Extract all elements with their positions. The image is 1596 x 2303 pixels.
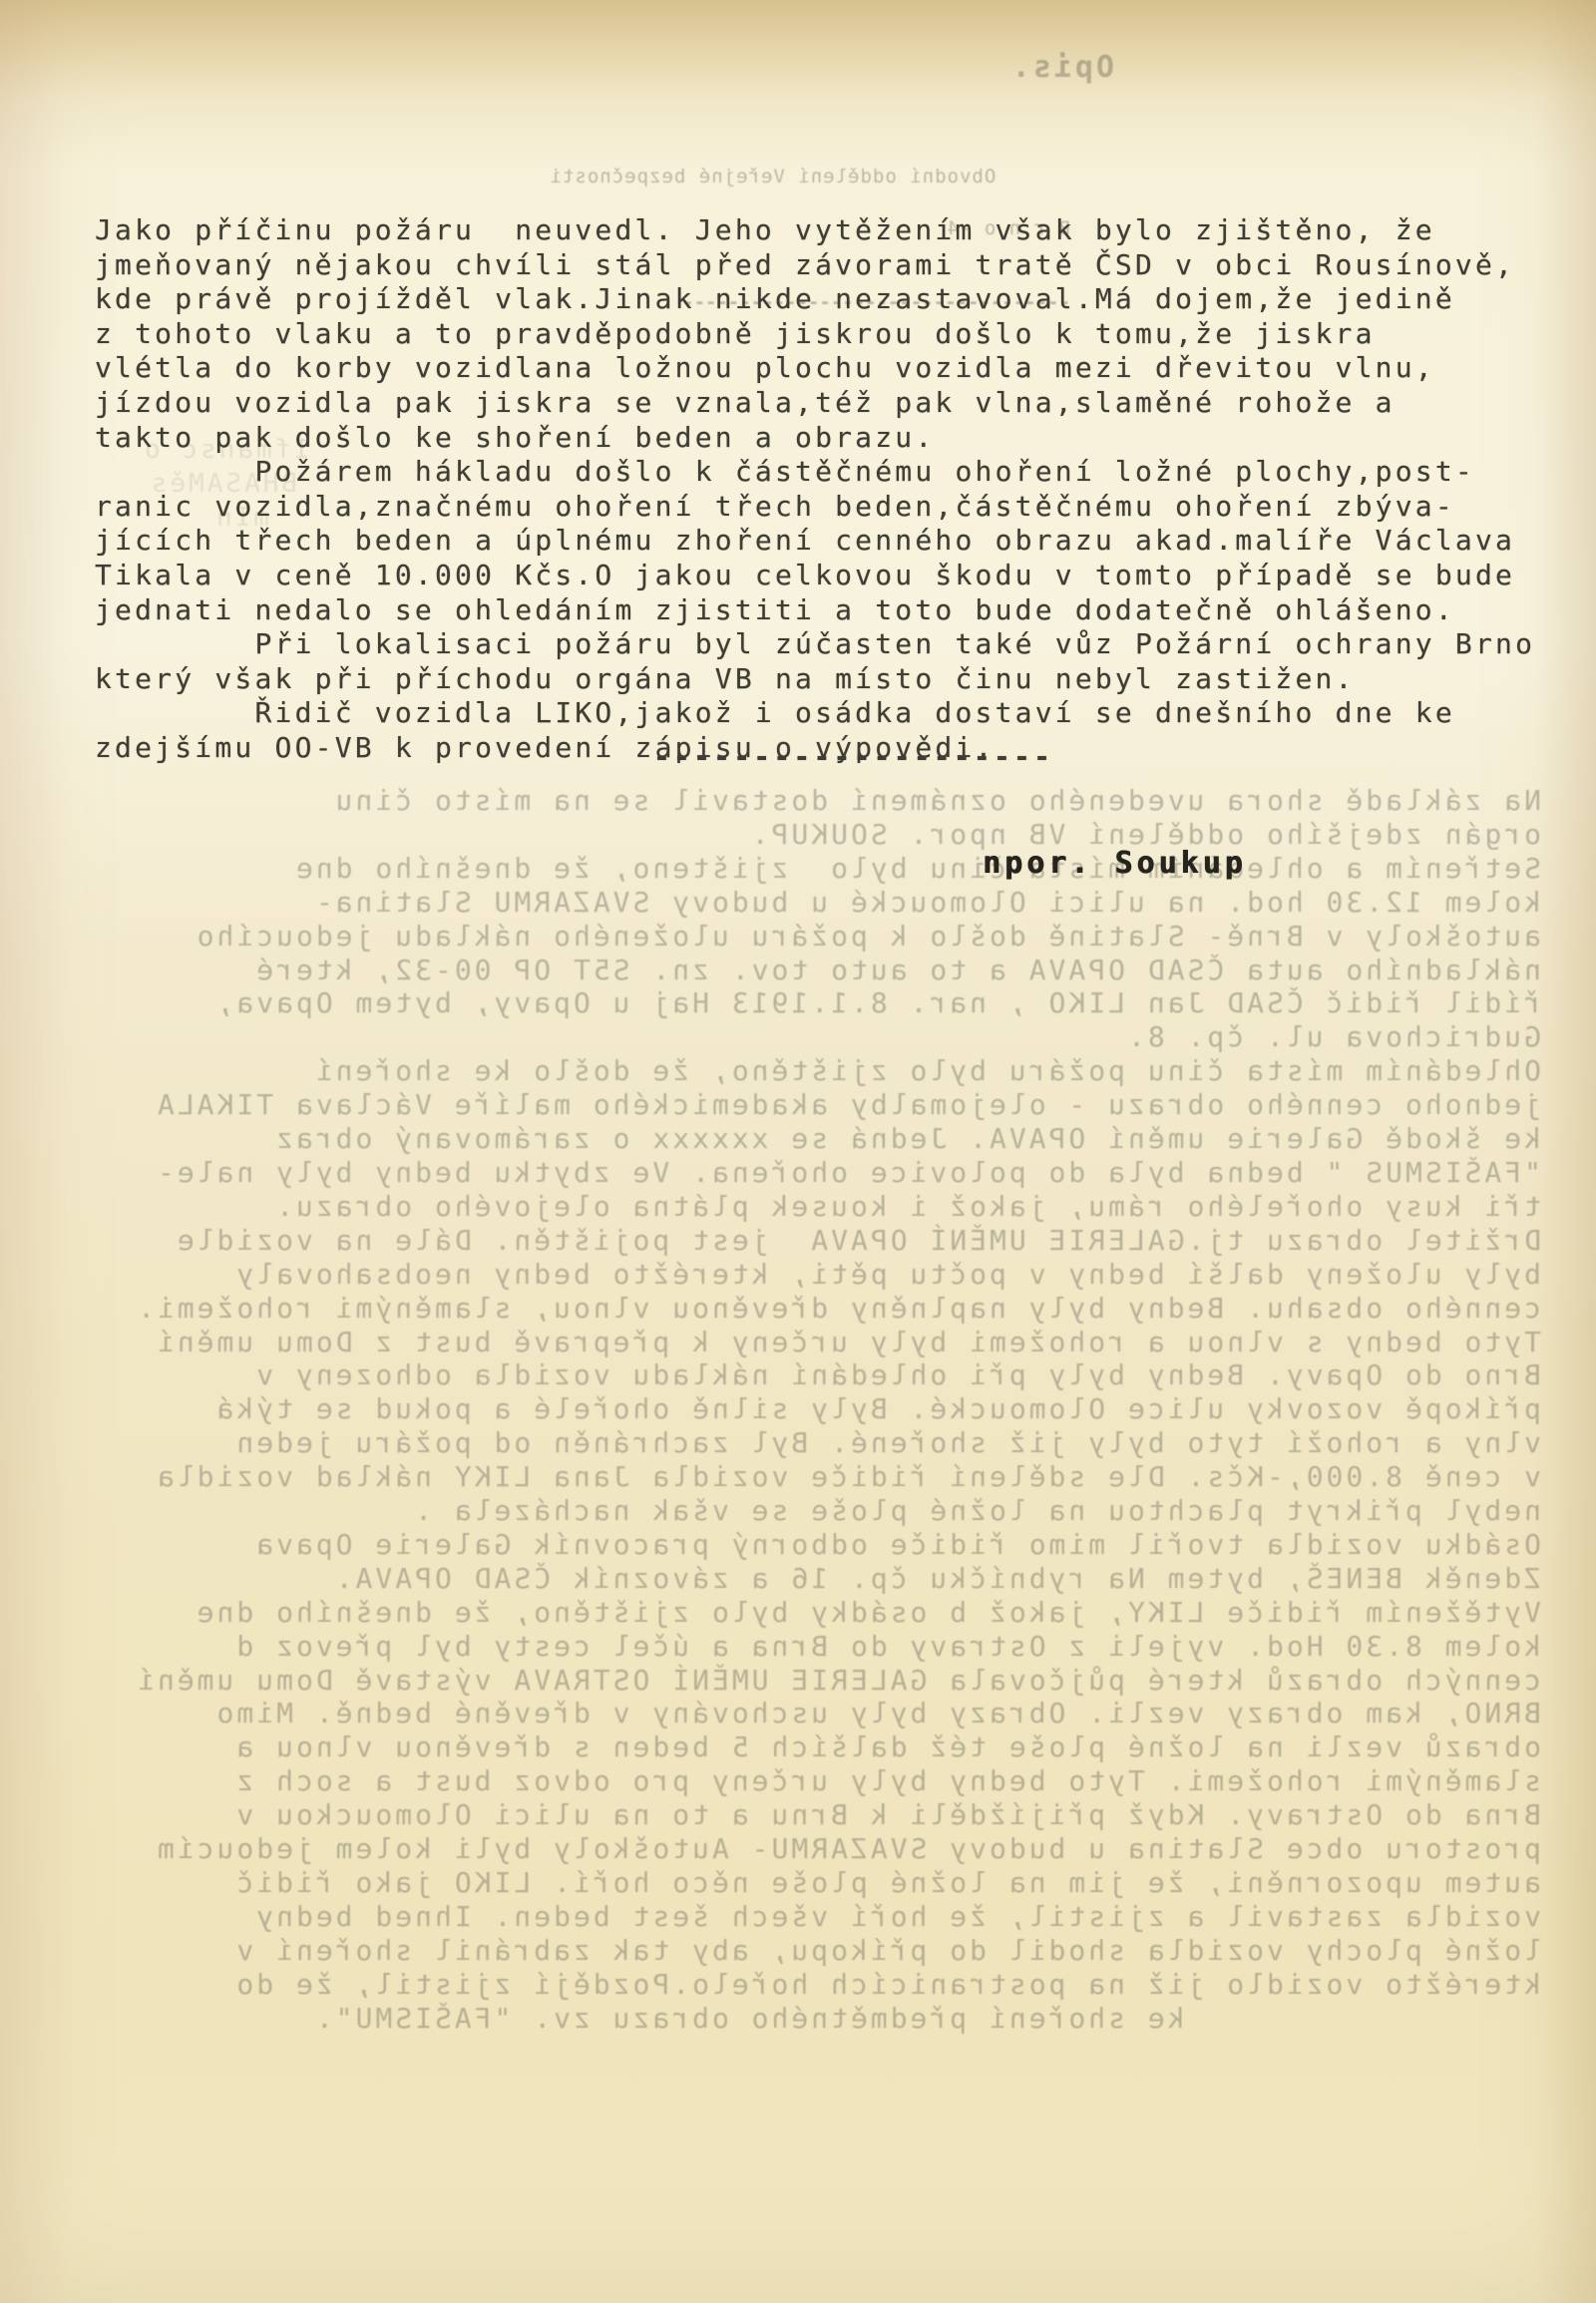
bleed-report-body: Na základě shora uvedeného oznámení dost…	[135, 784, 1541, 2036]
text-line: prostoru obce Slatina u budovy SVAZARMU-…	[135, 1832, 1541, 1866]
text-line: byly uloženy další bedny v počtu pěti, k…	[135, 1258, 1541, 1292]
text-line: orgán zdejšího oddělení VB npor. SOUKUP.	[135, 818, 1541, 852]
text-line: Držitel obrazu tj.GALERIE UMĚNÍ OPAVA je…	[135, 1224, 1541, 1258]
text-line: Na základě shora uvedeného oznámení dost…	[135, 784, 1541, 818]
text-line: slaměnými rohožemi. Tyto bedny byly urče…	[135, 1764, 1541, 1798]
text-line: Ohledáním místa činu požáru bylo zjištěn…	[135, 1054, 1541, 1088]
text-line: kolem 12.30 hod. na ulici Olomoucké u bu…	[135, 886, 1541, 920]
text-line: "FAŠISMUS " bedna byla do polovice ohoře…	[135, 1156, 1541, 1190]
text-line: vlny a rohoží tyto byly již shořené. Byl…	[135, 1426, 1541, 1460]
text-line: Brna do Ostravy. Když přijížděli k Brnu …	[135, 1798, 1541, 1832]
text-line: Jako příčinu požáru neuvedl. Jeho vytěže…	[95, 213, 1571, 248]
text-line: Tyto bedny s vlnou a rohožemi byly určen…	[135, 1326, 1541, 1359]
text-line: takto pak došlo ke shoření beden a obraz…	[95, 421, 1571, 456]
text-line: ke škodě Galerie umění OPAVA. Jedná se x…	[135, 1122, 1541, 1156]
report-body-text: Jako příčinu požáru neuvedl. Jeho vytěže…	[95, 213, 1571, 766]
text-line: kde právě projížděl vlak.Jinak nikde nez…	[95, 282, 1571, 317]
text-line: obrazů vezli na ložné ploše též dalších …	[135, 1730, 1541, 1764]
text-line: příkopě vozovky ulice Olomoucké. Byly si…	[135, 1392, 1541, 1426]
text-line: nebyl přikryt plachtou na ložné ploše se…	[135, 1494, 1541, 1528]
text-line: z tohoto vlaku a to pravděpodobně jiskro…	[95, 317, 1571, 352]
bleed-copy-label: Opis.	[1009, 50, 1114, 85]
text-line: který však při příchodu orgána VB na mís…	[95, 662, 1571, 697]
text-line: Setřením a ohledáním místa činu bylo zji…	[135, 852, 1541, 886]
text-line: Gudrichova ul. čp. 8.	[135, 1020, 1541, 1054]
scanned-document-page: Opis. Obvodní oddělení Veřejné bezpečnos…	[0, 0, 1596, 2303]
text-line: ranic vozidla,značnému ohoření třech bed…	[95, 490, 1571, 525]
text-line: nákladního auta ČSAD OPAVA a to auto tov…	[135, 954, 1541, 987]
text-line: Zdeněk BENEŠ, bytem Na rybníčku čp. 16 a…	[135, 1562, 1541, 1596]
signature-npor-soukup: npor. Soukup	[983, 846, 1247, 881]
text-line: ke shoření předmětného obrazu zv. "FAŠIS…	[135, 2002, 1541, 2036]
text-line: ložné plochy vozidla shodil do příkopu, …	[135, 1934, 1541, 1968]
text-line: jednati nedalo se ohledáním zjistiti a t…	[95, 593, 1571, 628]
text-line: Osádku vozidla tvořil mimo řidiče odborn…	[135, 1528, 1541, 1562]
text-line: jízdou vozidla pak jiskra se vznala,též …	[95, 386, 1571, 421]
text-line: vlétla do korby vozidlana ložnou plochu …	[95, 351, 1571, 386]
text-line: Vytěžením řidiče LIKY, jakož b osádky by…	[135, 1596, 1541, 1630]
text-line: Tikala v ceně 10.000 Kčs.O jakou celkovo…	[95, 559, 1571, 593]
bleed-letterhead-office: Obvodní oddělení Veřejné bezpečnosti	[550, 166, 997, 188]
text-line: Požárem hákladu došlo k částěčnému ohoře…	[95, 455, 1571, 490]
text-line: autoškoly v Brně- Slatině došlo k požáru…	[135, 920, 1541, 954]
text-line: jmeňovaný nějakou chvíli stál před závor…	[95, 248, 1571, 283]
text-line: cenných obrazů které půjčovala GALERIE U…	[135, 1664, 1541, 1698]
text-line: vozidla zastavil a zjistil, že hoří všec…	[135, 1900, 1541, 1934]
text-line: kteréžto vozidlo již na postranicích hoř…	[135, 1968, 1541, 2002]
text-line: Brno do Opavy. Bedny byly při ohledání n…	[135, 1358, 1541, 1392]
text-line: kolem 8.30 Hod. vyjeli z Ostravy do Brna…	[135, 1630, 1541, 1664]
text-line: v ceně 8.000,-Kčs. Dle sdělení řidiče vo…	[135, 1460, 1541, 1494]
text-line: jících třech beden a úplnému zhoření cen…	[95, 524, 1571, 559]
text-line: Při lokalisaci požáru byl zúčasten také …	[95, 627, 1571, 662]
text-line: tři kusy ohořelého rámu, jakož i kousek …	[135, 1190, 1541, 1224]
typed-dash-separator: --------------------	[653, 740, 1053, 773]
text-line: BRNO, kam obrazy vezli. Obrazy byly usch…	[135, 1697, 1541, 1730]
text-line: Řidič vozidla LIKO,jakož i osádka dostav…	[95, 696, 1571, 731]
text-line: cenného obsahu. Bedny byly naplněny dřev…	[135, 1292, 1541, 1326]
text-line: jednoho cenného obrazu - olejomalby akad…	[135, 1088, 1541, 1122]
text-line: autem upozorněni, že jim na ložné ploše …	[135, 1866, 1541, 1900]
text-line: řídil řidič ČSAD Jan LIKO , nar. 8.1.191…	[135, 986, 1541, 1020]
